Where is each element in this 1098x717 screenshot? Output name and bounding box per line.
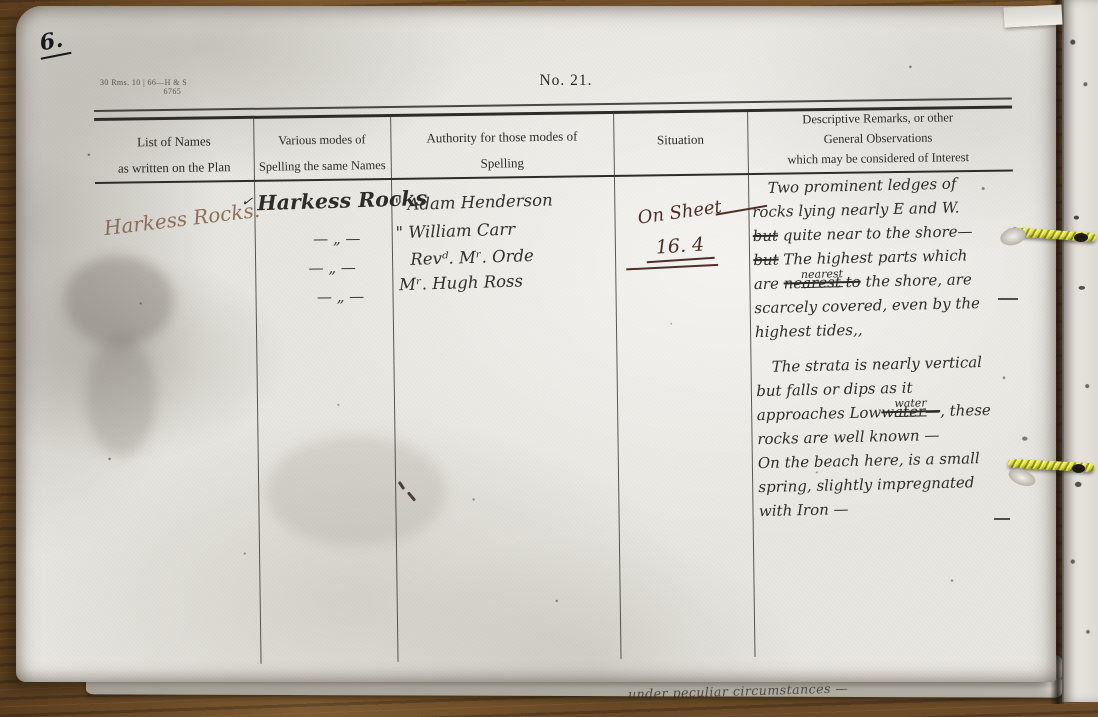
imprint-line: 6765 (100, 87, 187, 96)
struck-word: but (753, 227, 779, 246)
binding-hole (1074, 233, 1088, 242)
authority-name: " Adam Henderson (394, 186, 553, 218)
header-line: Situation (613, 131, 747, 149)
entry-situation: On Sheet 16. 4 (619, 201, 740, 262)
scanned-record-book-photo: 6. 30 Rms. 10 | 66—H & S 6765 No. 21. Li… (0, 0, 1098, 717)
situation-sheet-label: On Sheet (636, 196, 723, 228)
corner-curl (1004, 4, 1063, 27)
authority-name: Revᵈ. Mʳ. Orde (410, 241, 555, 273)
printer-imprint: 30 Rms. 10 | 66—H & S 6765 (100, 78, 187, 96)
header-line: Authority for those modes of (390, 123, 613, 152)
remark-line: highest tides,, (755, 314, 1011, 344)
column-divider (613, 111, 622, 659)
authority-name: Mʳ. Hugh Ross (399, 269, 556, 296)
page-title-number: No. 21. (486, 72, 646, 90)
remark-line: with Iron — (759, 493, 1015, 523)
inserted-word: nearest (801, 262, 844, 288)
situation-sheet-number: 16. 4 (645, 233, 715, 263)
name-book-page: 6. 30 Rms. 10 | 66—H & S 6765 No. 21. Li… (16, 6, 1056, 682)
struck-word: water—water (881, 402, 940, 421)
record-table: List of Names as written on the Plan Var… (94, 98, 1020, 672)
pen-underline (626, 264, 718, 270)
struck-word: but (753, 251, 779, 270)
adjacent-page-edge (1062, 0, 1098, 702)
header-authority: Authority for those modes of Spelling (390, 123, 614, 178)
header-line: Spelling (391, 149, 614, 178)
header-line: which may be considered of Interest (748, 147, 1009, 171)
ditto-mark: — „ — (298, 282, 382, 312)
ditto-mark: — „ — (282, 253, 382, 283)
tick-mark: ✓ (240, 193, 254, 210)
header-names: List of Names as written on the Plan (94, 128, 254, 182)
struck-word: nearest tonearest (783, 273, 860, 293)
folio-number: 6. (36, 25, 72, 59)
header-situation: Situation (613, 131, 747, 149)
header-line: Spelling the same Names (254, 152, 391, 180)
header-line: as written on the Plan (95, 154, 254, 182)
header-line: Various modes of (253, 126, 390, 154)
inserted-word: water (894, 391, 927, 417)
ditto-mark: — „ — (292, 224, 382, 254)
remarks-text: Two prominent ledges ofrocks lying nearl… (751, 170, 1015, 523)
imprint-line: 30 Rms. 10 | 66—H & S (100, 78, 187, 87)
entry-authorities: " Adam Henderson " William Carr Revᵈ. Mʳ… (394, 186, 555, 295)
header-line: List of Names (94, 128, 253, 156)
binding-hole (1072, 464, 1085, 473)
header-remarks: Descriptive Remarks, or other General Ob… (747, 107, 1009, 171)
header-spellings: Various modes of Spelling the same Names (253, 126, 391, 180)
spelling-ditto-marks: — „ — — „ — — „ — (292, 224, 383, 312)
